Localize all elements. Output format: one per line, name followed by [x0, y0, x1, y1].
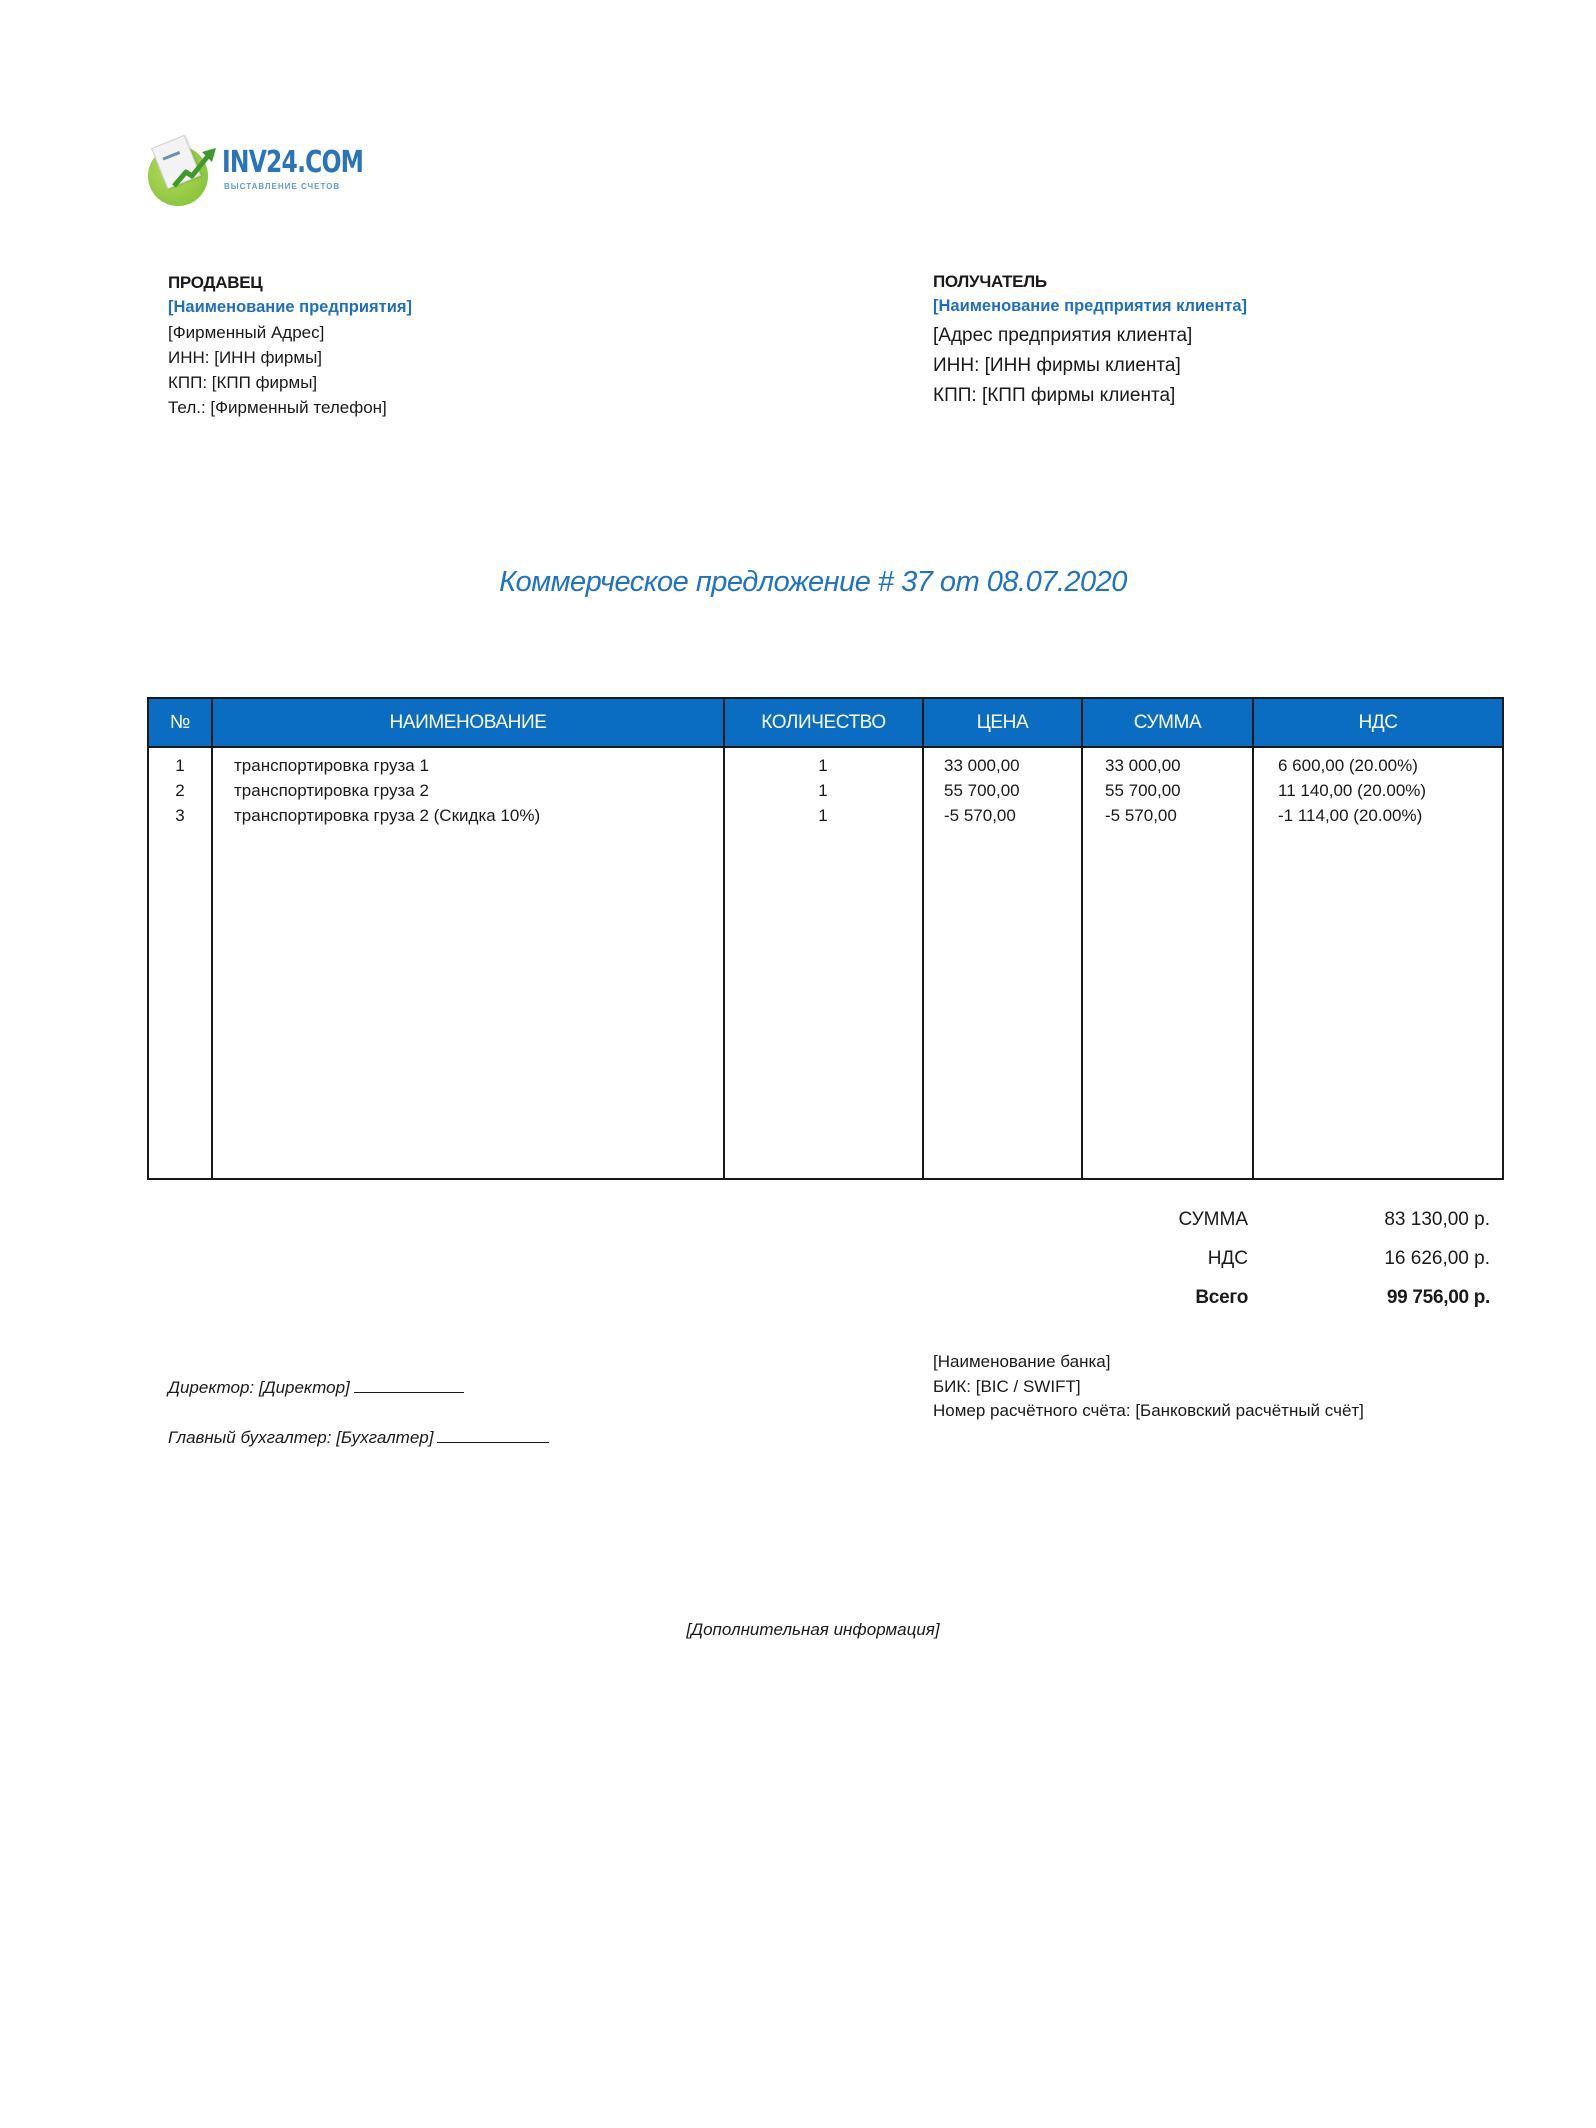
- accountant-label: Главный бухгалтер: [Бухгалтер]: [168, 1428, 433, 1447]
- column-quantity: 1 1 1: [724, 747, 923, 1179]
- row-quantity: 1: [725, 803, 921, 828]
- director-signature-line: [354, 1378, 464, 1393]
- column-name: транспортировка груза 1 транспортировка …: [212, 747, 724, 1179]
- bank-bic: БИК: [BIC / SWIFT]: [933, 1375, 1364, 1400]
- seller-company-name: [Наименование предприятия]: [168, 295, 412, 320]
- column-number: 1 2 3: [148, 747, 212, 1179]
- accountant-signature-line: [437, 1428, 549, 1443]
- column-sum: 33 000,00 55 700,00 -5 570,00: [1082, 747, 1253, 1179]
- document-title: Коммерческое предложение # 37 от 08.07.2…: [0, 566, 1596, 599]
- row-name: транспортировка груза 2 (Скидка 10%): [234, 803, 722, 828]
- grand-total-row: Всего 99 756,00 р.: [1100, 1278, 1500, 1317]
- column-price: 33 000,00 55 700,00 -5 570,00: [923, 747, 1082, 1179]
- seller-block: ПРОДАВЕЦ [Наименование предприятия] [Фир…: [168, 270, 412, 420]
- grand-total-value: 99 756,00 р.: [1248, 1287, 1500, 1309]
- logo-tagline: ВЫСТАВЛЕНИЕ СЧЕТОВ: [224, 182, 340, 191]
- row-vat: 6 600,00 (20.00%): [1278, 753, 1501, 778]
- column-header-vat: НДС: [1253, 698, 1503, 747]
- column-header-number: №: [148, 698, 212, 747]
- row-price: -5 570,00: [944, 803, 1080, 828]
- row-quantity: 1: [725, 753, 921, 778]
- column-vat: 6 600,00 (20.00%) 11 140,00 (20.00%) -1 …: [1253, 747, 1503, 1179]
- buyer-heading: ПОЛУЧАТЕЛЬ: [933, 269, 1247, 294]
- logo-brand: INV24.COM: [222, 146, 363, 180]
- row-quantity: 1: [725, 778, 921, 803]
- additional-info: [Дополнительная информация]: [0, 1620, 1596, 1640]
- row-number: 2: [150, 778, 210, 803]
- row-number: 1: [150, 753, 210, 778]
- buyer-company-name: [Наименование предприятия клиента]: [933, 294, 1247, 319]
- bank-name: [Наименование банка]: [933, 1350, 1364, 1375]
- total-vat-value: 16 626,00 р.: [1248, 1248, 1500, 1270]
- seller-heading: ПРОДАВЕЦ: [168, 270, 412, 295]
- items-table: № НАИМЕНОВАНИЕ КОЛИЧЕСТВО ЦЕНА СУММА НДС…: [147, 697, 1504, 1180]
- seller-address: [Фирменный Адрес]: [168, 320, 412, 345]
- totals-block: СУММА 83 130,00 р. НДС 16 626,00 р. Всег…: [1100, 1200, 1500, 1317]
- column-header-quantity: КОЛИЧЕСТВО: [724, 698, 923, 747]
- row-vat: -1 114,00 (20.00%): [1278, 803, 1501, 828]
- table-body: 1 2 3 транспортировка груза 1 транспорти…: [148, 747, 1503, 1179]
- director-signature: Директор: [Директор]: [168, 1378, 464, 1398]
- accountant-signature: Главный бухгалтер: [Бухгалтер]: [168, 1428, 549, 1448]
- grand-total-label: Всего: [1100, 1287, 1248, 1309]
- bank-account: Номер расчётного счёта: [Банковский расч…: [933, 1399, 1364, 1424]
- buyer-block: ПОЛУЧАТЕЛЬ [Наименование предприятия кли…: [933, 269, 1247, 411]
- growth-arrow-icon: [168, 142, 220, 192]
- total-sum-label: СУММА: [1100, 1209, 1248, 1231]
- total-sum-value: 83 130,00 р.: [1248, 1209, 1500, 1231]
- logo: INV24.COM ВЫСТАВЛЕНИЕ СЧЕТОВ: [146, 136, 376, 206]
- bank-details: [Наименование банка] БИК: [BIC / SWIFT] …: [933, 1350, 1364, 1424]
- column-header-price: ЦЕНА: [923, 698, 1082, 747]
- row-sum: -5 570,00: [1105, 803, 1251, 828]
- buyer-address: [Адрес предприятия клиента]: [933, 321, 1247, 351]
- total-vat-label: НДС: [1100, 1248, 1248, 1270]
- row-price: 55 700,00: [944, 778, 1080, 803]
- row-sum: 33 000,00: [1105, 753, 1251, 778]
- row-sum: 55 700,00: [1105, 778, 1251, 803]
- seller-inn: ИНН: [ИНН фирмы]: [168, 345, 412, 370]
- director-label: Директор: [Директор]: [168, 1378, 350, 1397]
- row-price: 33 000,00: [944, 753, 1080, 778]
- row-name: транспортировка груза 1: [234, 753, 722, 778]
- buyer-inn: ИНН: [ИНН фирмы клиента]: [933, 351, 1247, 381]
- table-header-row: № НАИМЕНОВАНИЕ КОЛИЧЕСТВО ЦЕНА СУММА НДС: [148, 698, 1503, 747]
- row-name: транспортировка груза 2: [234, 778, 722, 803]
- total-sum-row: СУММА 83 130,00 р.: [1100, 1200, 1500, 1239]
- seller-phone: Тел.: [Фирменный телефон]: [168, 395, 412, 420]
- row-number: 3: [150, 803, 210, 828]
- row-vat: 11 140,00 (20.00%): [1278, 778, 1501, 803]
- column-header-name: НАИМЕНОВАНИЕ: [212, 698, 724, 747]
- column-header-sum: СУММА: [1082, 698, 1253, 747]
- buyer-kpp: КПП: [КПП фирмы клиента]: [933, 381, 1247, 411]
- seller-kpp: КПП: [КПП фирмы]: [168, 370, 412, 395]
- total-vat-row: НДС 16 626,00 р.: [1100, 1239, 1500, 1278]
